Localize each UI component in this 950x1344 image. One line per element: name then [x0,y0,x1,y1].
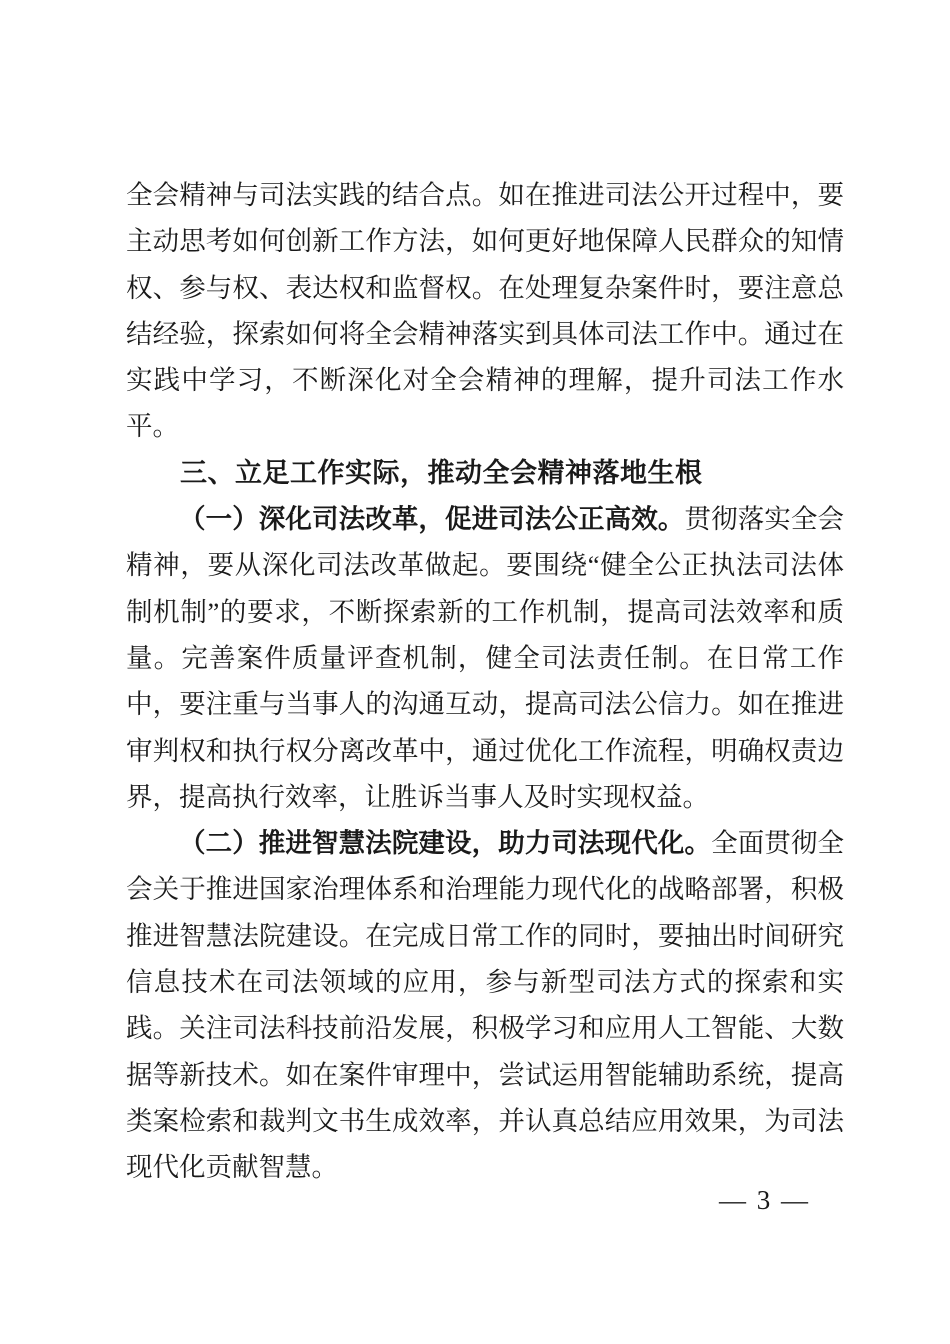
subsection-1-lead: （一）深化司法改革，促进司法公正高效。 [179,504,684,534]
subsection-paragraph-2: （二）推进智慧法院建设，助力司法现代化。全面贯彻全会关于推进国家治理体系和治理能… [126,820,844,1190]
subsection-2-body: 全面贯彻全会关于推进国家治理体系和治理能力现代化的战略部署，积极推进智慧法院建设… [126,828,844,1182]
subsection-paragraph-1: （一）深化司法改革，促进司法公正高效。贯彻落实全会精神，要从深化司法改革做起。要… [126,496,844,820]
continuation-paragraph: 全会精神与司法实践的结合点。如在推进司法公开过程中，要主动思考如何创新工作方法，… [126,172,844,450]
subsection-1-body: 贯彻落实全会精神，要从深化司法改革做起。要围绕“健全公正执法司法体制机制”的要求… [126,504,844,812]
section-heading: 三、立足工作实际，推动全会精神落地生根 [126,450,844,496]
page-number: — 3 — [719,1184,810,1216]
subsection-2-lead: （二）推进智慧法院建设，助力司法现代化。 [179,828,711,858]
document-page: 全会精神与司法实践的结合点。如在推进司法公开过程中，要主动思考如何创新工作方法，… [0,0,950,1344]
document-text-block: 全会精神与司法实践的结合点。如在推进司法公开过程中，要主动思考如何创新工作方法，… [126,172,844,1191]
